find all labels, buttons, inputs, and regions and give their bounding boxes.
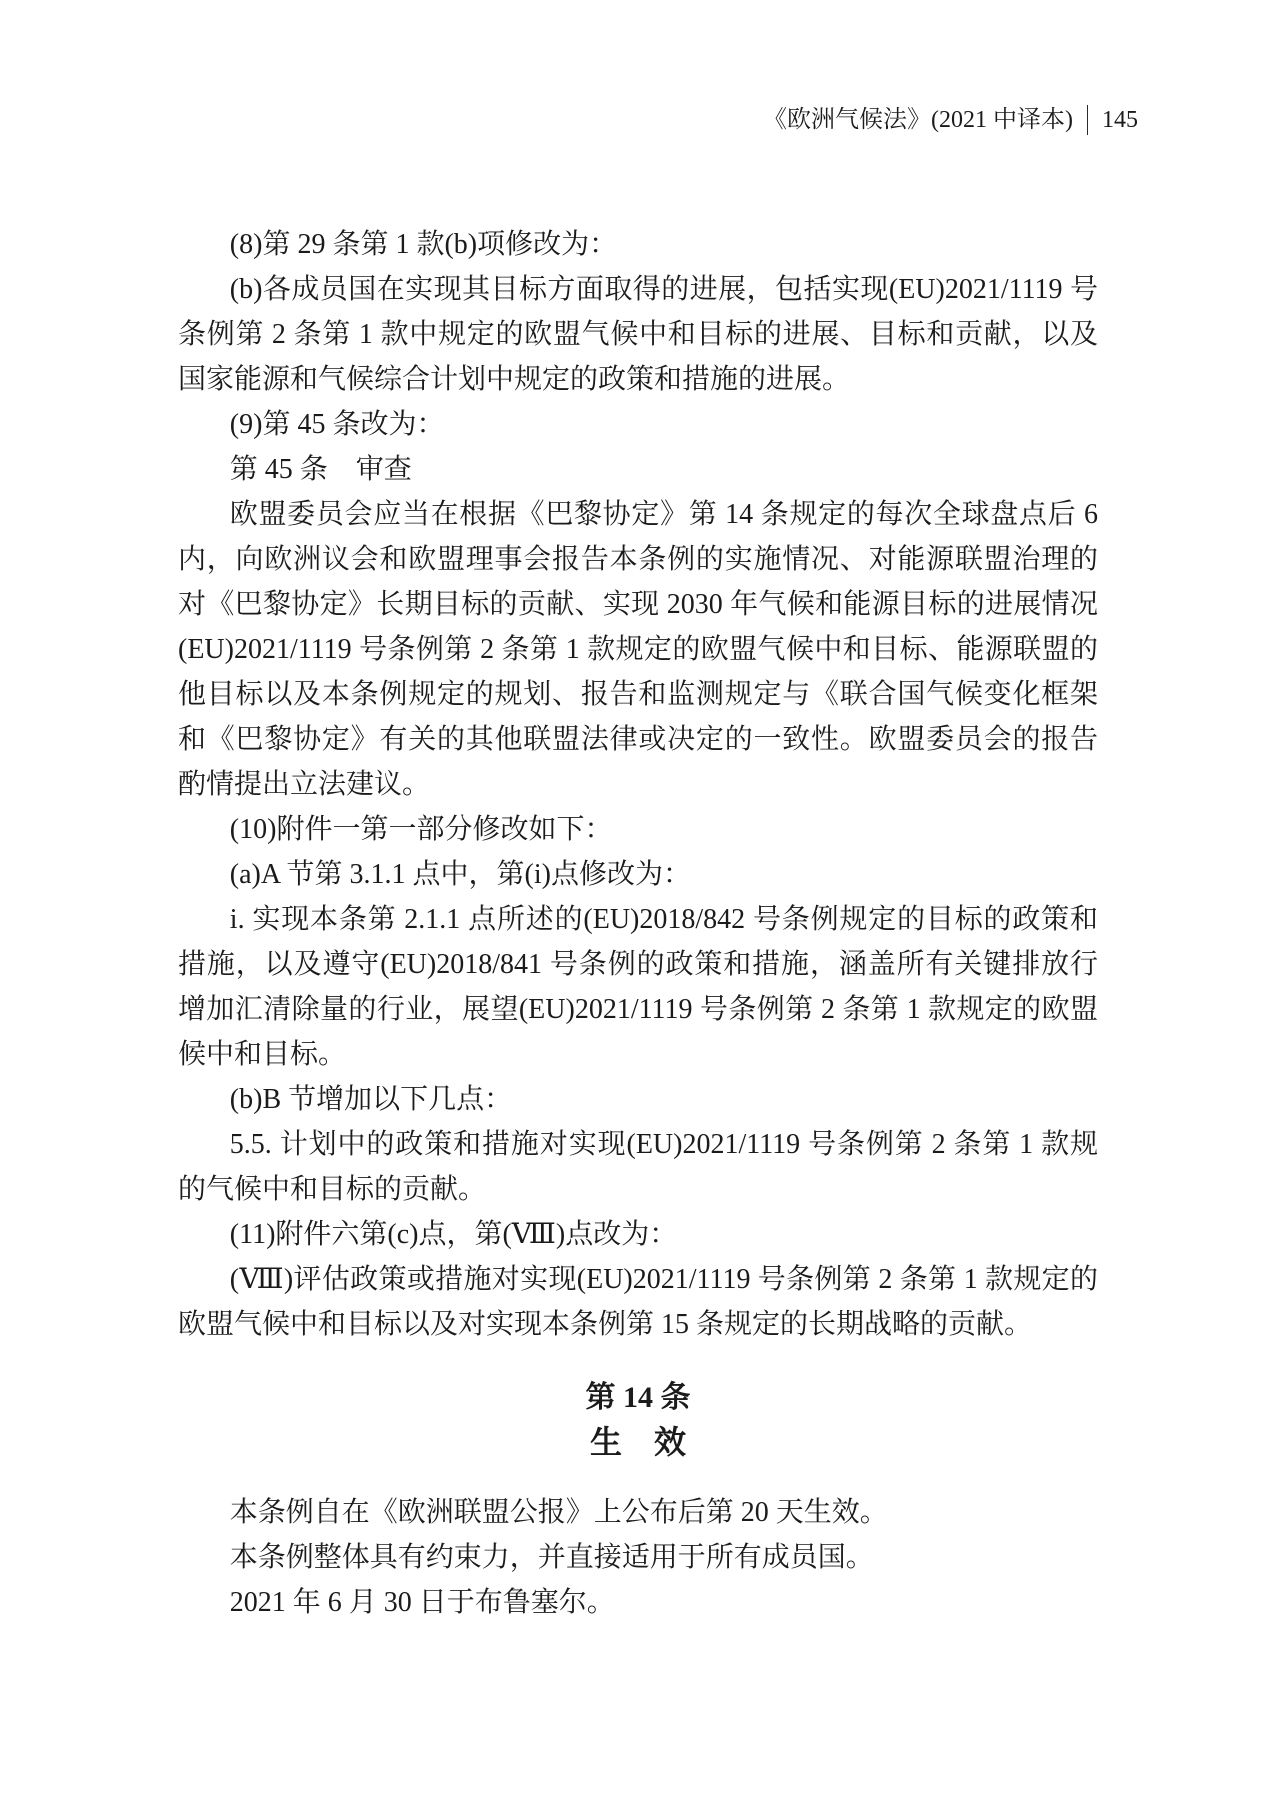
body-line: (b)各成员国在实现其目标方面取得的进展，包括实现(EU)2021/1119 号 (178, 267, 1098, 312)
body-line: (9)第 45 条改为： (178, 402, 1098, 447)
page: 《欧洲气候法》(2021 中译本) 145 (8)第 29 条第 1 款(b)项… (0, 0, 1269, 1804)
body-line: 的气候中和目标的贡献。 (178, 1167, 1098, 1212)
body-line: 和《巴黎协定》有关的其他联盟法律或决定的一致性。欧盟委员会的报告可以 (178, 717, 1098, 762)
body-line: 5.5. 计划中的政策和措施对实现(EU)2021/1119 号条例第 2 条第… (178, 1122, 1098, 1167)
body-line: (11)附件六第(c)点，第(Ⅷ)点改为： (178, 1212, 1098, 1257)
article-title-heading: 生 效 (178, 1420, 1098, 1465)
body-line: 欧盟委员会应当在根据《巴黎协定》第 14 条规定的每次全球盘点后 6 个月 (178, 492, 1098, 537)
body-line: 欧盟气候中和目标以及对实现本条例第 15 条规定的长期战略的贡献。 (178, 1302, 1098, 1347)
closing-line: 本条例自在《欧洲联盟公报》上公布后第 20 天生效。 (178, 1490, 1098, 1535)
body-line: 内，向欧洲议会和欧盟理事会报告本条例的实施情况、对能源联盟治理的贡献、 (178, 537, 1098, 582)
body-line: 第 45 条 审查 (178, 447, 1098, 492)
body-line: 候中和目标。 (178, 1032, 1098, 1077)
article-number-heading: 第 14 条 (178, 1375, 1098, 1420)
book-title: 《欧洲气候法》(2021 中译本) (763, 103, 1073, 137)
body-line: (10)附件一第一部分修改如下： (178, 807, 1098, 852)
body-line: 他目标以及本条例规定的规划、报告和监测规定与《联合国气候变化框架公约》 (178, 672, 1098, 717)
body-line: 增加汇清除量的行业，展望(EU)2021/1119 号条例第 2 条第 1 款规… (178, 987, 1098, 1032)
closing-line: 2021 年 6 月 30 日于布鲁塞尔。 (178, 1580, 1098, 1625)
page-number: 145 (1102, 103, 1138, 137)
body-line: 措施，以及遵守(EU)2018/841 号条例的政策和措施，涵盖所有关键排放行业… (178, 942, 1098, 987)
body-line: i. 实现本条第 2.1.1 点所述的(EU)2018/842 号条例规定的目标… (178, 897, 1098, 942)
body-line: (b)B 节增加以下几点： (178, 1077, 1098, 1122)
body-line: 条例第 2 条第 1 款中规定的欧盟气候中和目标的进展、目标和贡献，以及执行其 (178, 312, 1098, 357)
document-body: (8)第 29 条第 1 款(b)项修改为： (b)各成员国在实现其目标方面取得… (178, 222, 1098, 1625)
running-header: 《欧洲气候法》(2021 中译本) 145 (763, 103, 1138, 137)
closing-paragraphs: 本条例自在《欧洲联盟公报》上公布后第 20 天生效。 本条例整体具有约束力，并直… (178, 1490, 1098, 1625)
body-line: 国家能源和气候综合计划中规定的政策和措施的进展。 (178, 357, 1098, 402)
header-divider (1087, 105, 1088, 135)
body-line: 对《巴黎协定》长期目标的贡献、实现 2030 年气候和能源目标的进展情况以及 (178, 582, 1098, 627)
body-line: (a)A 节第 3.1.1 点中，第(i)点修改为： (178, 852, 1098, 897)
body-line: 酌情提出立法建议。 (178, 762, 1098, 807)
body-line: (8)第 29 条第 1 款(b)项修改为： (178, 222, 1098, 267)
body-line: (EU)2021/1119 号条例第 2 条第 1 款规定的欧盟气候中和目标、能… (178, 627, 1098, 672)
closing-line: 本条例整体具有约束力，并直接适用于所有成员国。 (178, 1535, 1098, 1580)
body-line: (Ⅷ)评估政策或措施对实现(EU)2021/1119 号条例第 2 条第 1 款… (178, 1257, 1098, 1302)
